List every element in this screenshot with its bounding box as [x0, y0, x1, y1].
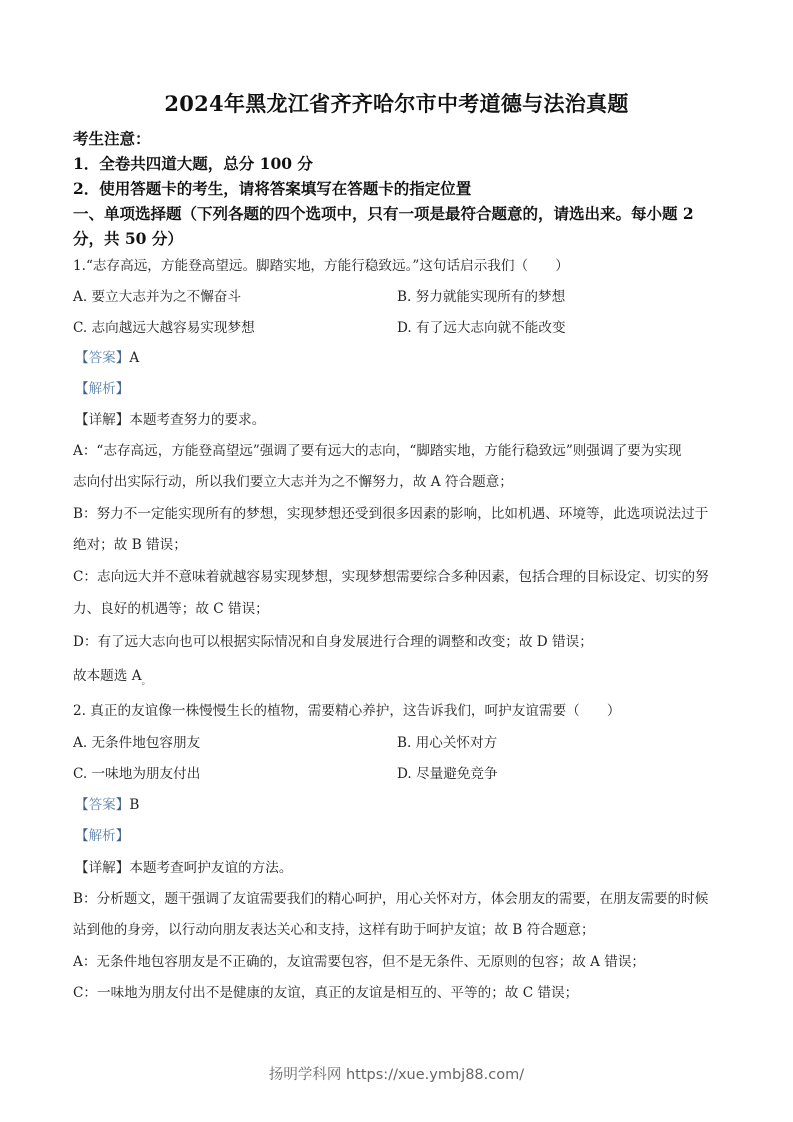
question-2-detail-line: 【详解】本题考查呵护友谊的方法。	[75, 856, 293, 876]
question-1-option-d: D. 有了远大志向就不能改变	[397, 316, 566, 336]
question-1-detail-line: 志向付出实际行动，所以我们要立大志并为之不懈努力，故 A 符合题意；	[73, 470, 513, 490]
question-1-detail-line: C：志向远大并不意味着就越容易实现梦想，实现梦想需要综合多种因素，包括合理的目标…	[73, 565, 709, 585]
notice-item-1: 1．全卷共四道大题，总分 100 分	[73, 152, 313, 174]
document-page: 2024年黑龙江省齐齐哈尔市中考道德与法治真题 考生注意： 1．全卷共四道大题，…	[0, 0, 793, 1122]
question-2-analysis-label: 【解析】	[75, 824, 129, 844]
section-heading-line2: 分，共 50 分）	[73, 227, 183, 249]
question-2-option-d: D. 尽量避免竞争	[397, 762, 498, 782]
question-1-conclusion: 故本题选 A。	[73, 664, 151, 687]
question-1-answer: 【答案】A	[75, 346, 139, 366]
question-1-detail-line: A：“志存高远，方能登高望远”强调了要有远大的志向，“脚踏实地，方能行稳致远”则…	[73, 439, 682, 459]
question-1-option-a: A. 要立大志并为之不懈奋斗	[73, 285, 241, 305]
question-2-detail-line: 站到他的身旁，以行动向朋友表达关心和支持，这样有助于呵护友谊；故 B 符合题意；	[73, 918, 595, 938]
answer-label: 答案	[89, 797, 116, 813]
footer-watermark: 扬明学科网 https://xue.ymbj88.com/	[0, 1063, 793, 1084]
question-1-detail-line: D：有了远大志向也可以根据实际情况和自身发展进行合理的调整和改变；故 D 错误；	[73, 630, 593, 650]
question-1-detail-line: 力、良好的机遇等；故 C 错误；	[73, 597, 269, 617]
question-1-detail-line: 绝对；故 B 错误；	[73, 533, 187, 553]
section-heading-line1: 一、单项选择题（下列各题的四个选项中，只有一项是最符合题意的，请选出来。每小题 …	[73, 202, 694, 224]
question-1-stem: 1.“志存高远，方能登高望远。脚踏实地，方能行稳致远。”这句话启示我们（ ）	[73, 254, 569, 274]
question-1-detail-line: B：努力不一定能实现所有的梦想，实现梦想还受到很多因素的影响，比如机遇、环境等，…	[73, 502, 708, 522]
notice-item-2: 2．使用答题卡的考生，请将答案填写在答题卡的指定位置	[73, 177, 471, 199]
question-1-analysis-label: 【解析】	[75, 377, 129, 397]
question-2-detail-line: C：一味地为朋友付出不是健康的友谊，真正的友谊是相互的、平等的；故 C 错误；	[73, 981, 578, 1001]
answer-value: A	[129, 350, 139, 366]
question-2-detail-line: A：无条件地包容朋友是不正确的，友谊需要包容，但不是无条件、无原则的包容；故 A…	[73, 950, 645, 970]
answer-label: 答案	[89, 350, 116, 366]
question-1-detail-line: 【详解】本题考查努力的要求。	[75, 408, 265, 428]
question-1-option-c: C. 志向越远大越容易实现梦想	[73, 316, 255, 336]
question-2-option-c: C. 一味地为朋友付出	[73, 762, 200, 782]
question-2-detail-line: B：分析题文，题干强调了友谊需要我们的精心呵护，用心关怀对方，体会朋友的需要，在…	[73, 887, 708, 907]
document-title: 2024年黑龙江省齐齐哈尔市中考道德与法治真题	[0, 88, 793, 118]
question-2-stem: 2. 真正的友谊像一株慢慢生长的植物，需要精心养护，这告诉我们，呵护友谊需要（ …	[73, 699, 620, 719]
question-2-option-b: B. 用心关怀对方	[397, 731, 497, 751]
answer-value: B	[129, 797, 139, 813]
question-2-option-a: A. 无条件地包容朋友	[73, 731, 200, 751]
question-1-option-b: B. 努力就能实现所有的梦想	[397, 285, 565, 305]
question-2-answer: 【答案】B	[75, 793, 139, 813]
notice-heading: 考生注意：	[73, 127, 151, 149]
